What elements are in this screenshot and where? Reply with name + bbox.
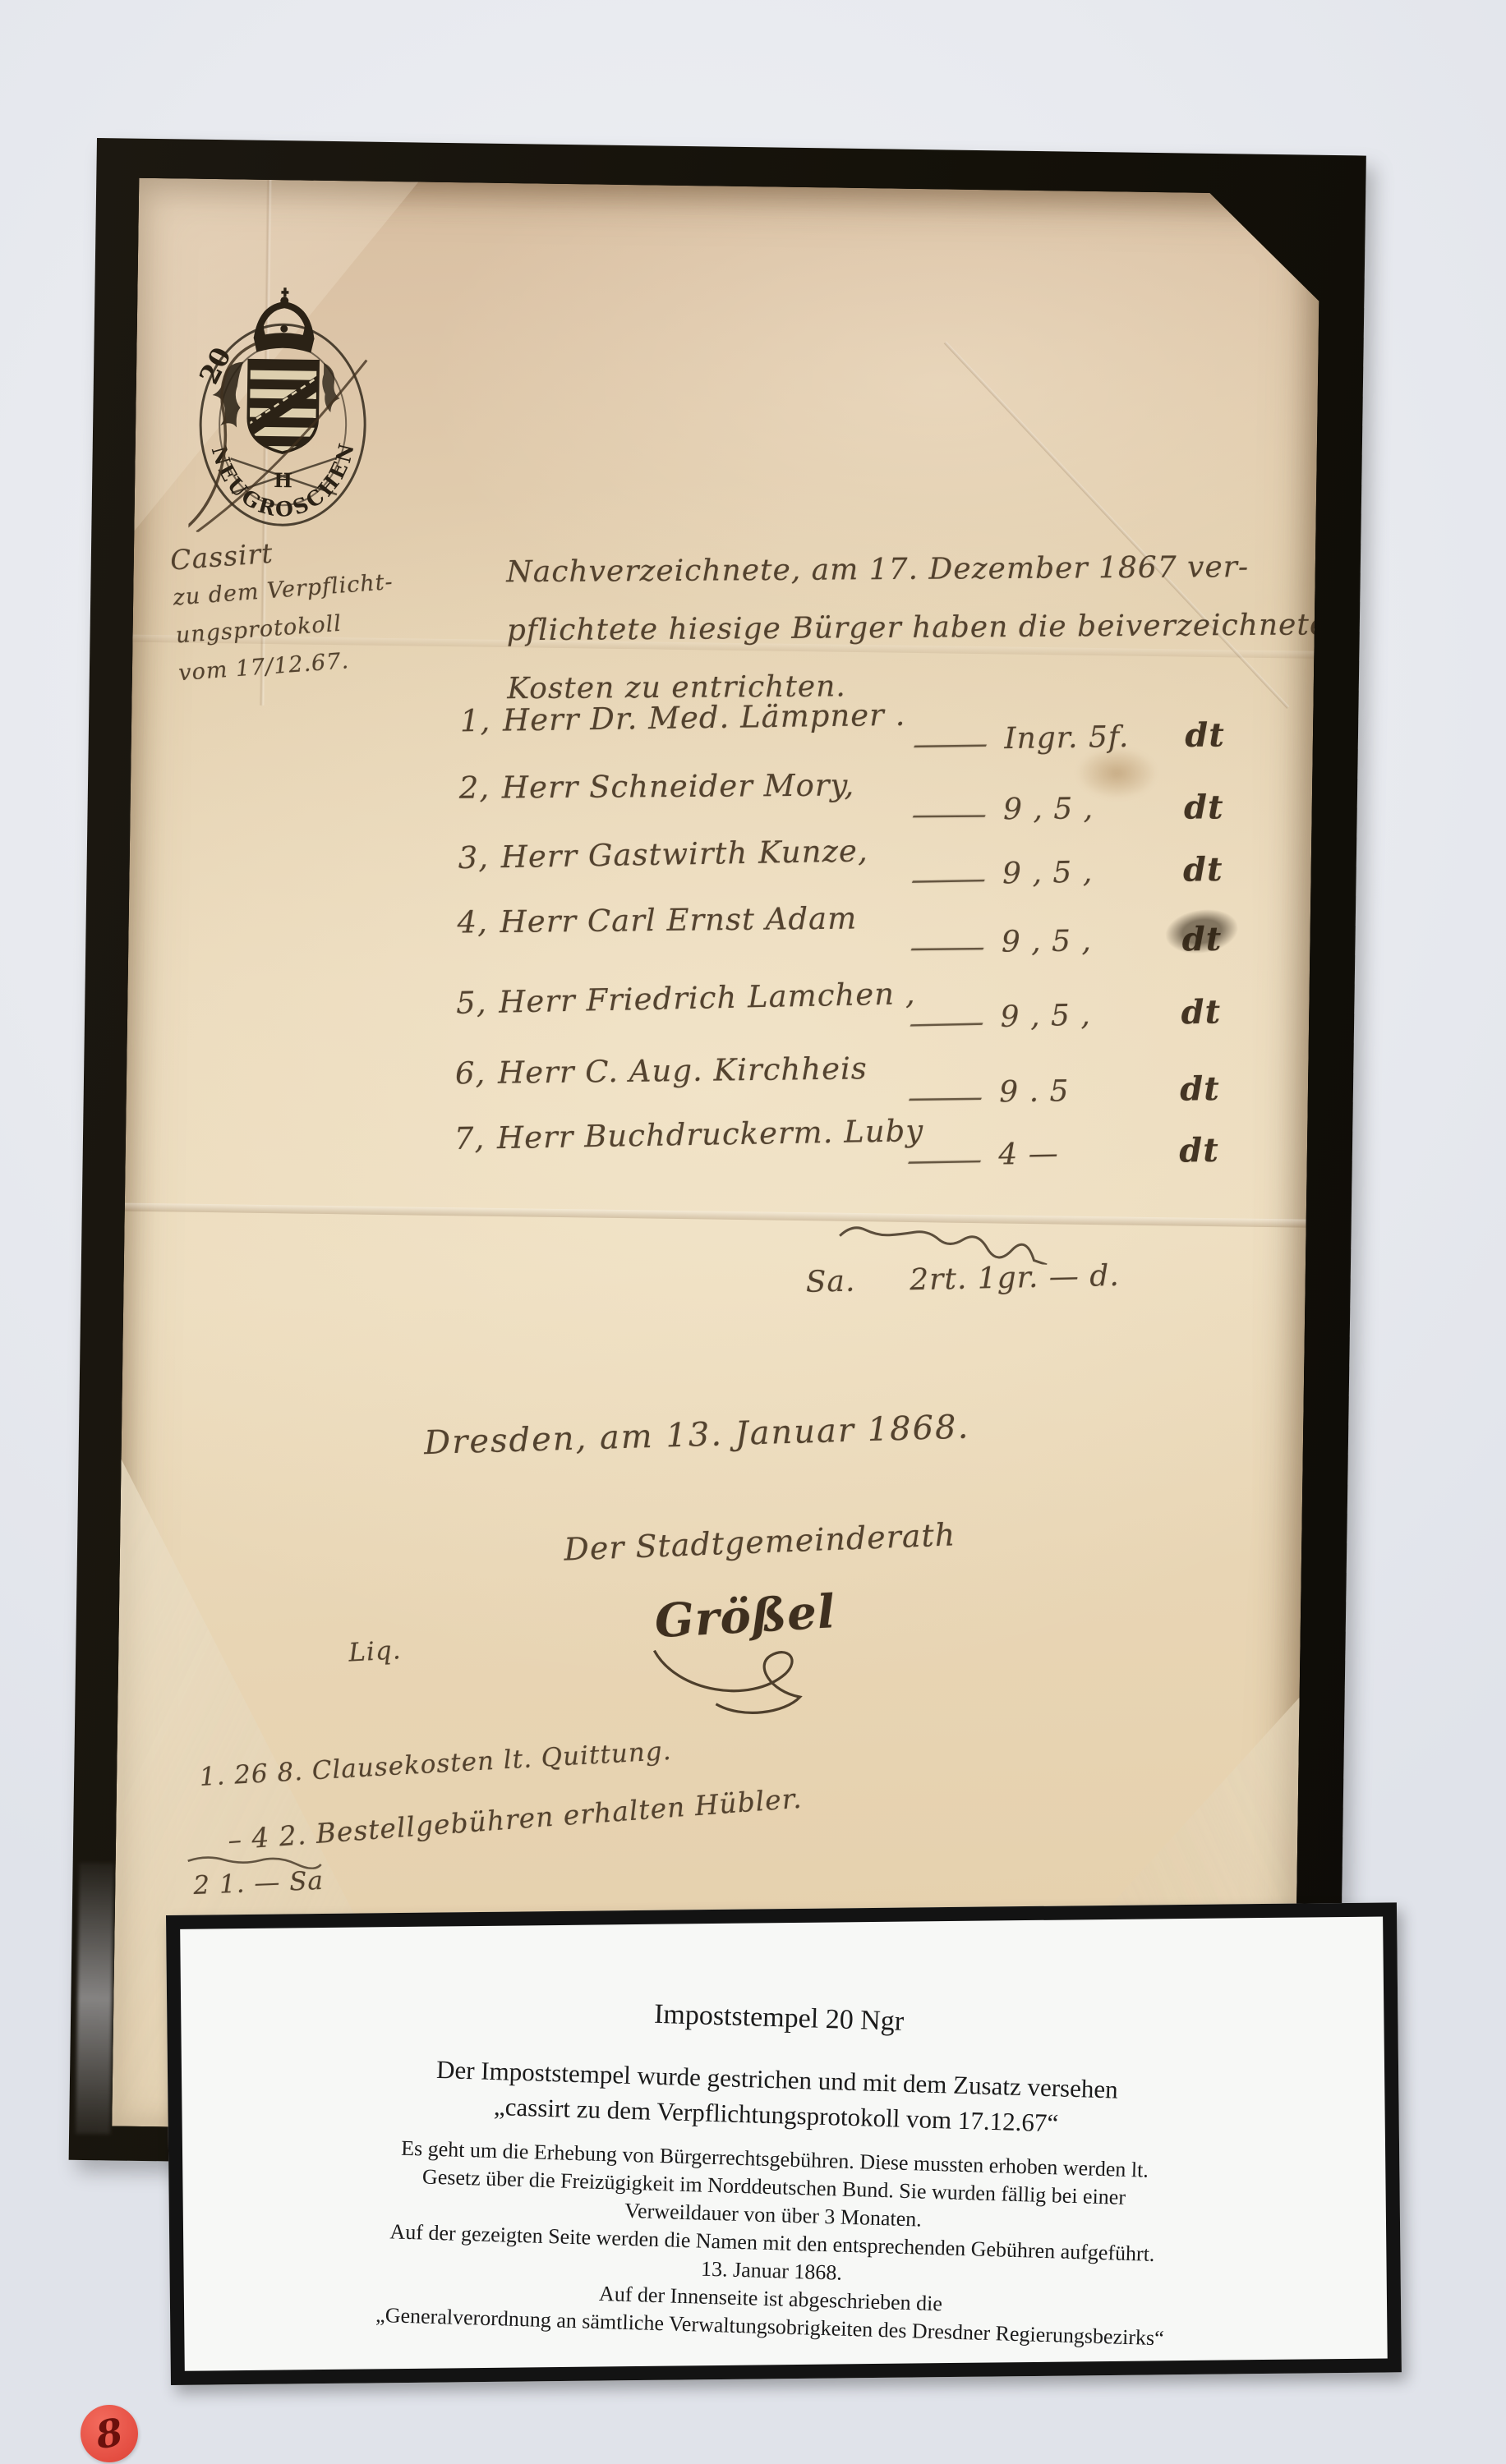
entry-mark: dt (1184, 788, 1224, 826)
sum-value: 2rt. 1gr. — d. (910, 1259, 1120, 1297)
entry-mark: dt (1185, 715, 1225, 755)
entry-number: 6, (455, 1055, 486, 1091)
entry-dash: — (910, 796, 991, 832)
entry-amount: 9 , 5 , (1002, 856, 1094, 891)
fee-row: 2, Herr Schneider Mory, — 9 , 5 , dt (459, 765, 1289, 828)
entry-amount: 9 , 5 , (1002, 924, 1092, 958)
entry-name: Herr Schneider Mory, (502, 767, 855, 805)
caption-card: Impoststempel 20 Ngr Der Impoststempel w… (166, 1902, 1402, 2385)
number-sticker: 8 (81, 2405, 138, 2462)
document-paper: NEUGROSCHEN 20 (112, 178, 1320, 2143)
liq-line-3: 2 1. — Sa (193, 1866, 325, 1901)
entry-name: Herr Friedrich Lamchen , (499, 976, 916, 1020)
caption-title: Impoststempel 20 Ngr (177, 1923, 1383, 2052)
fee-row: 3, Herr Gastwirth Kunze, — 9 , 5 , dt (458, 825, 1288, 898)
entry-number: 7, (454, 1120, 485, 1156)
entry-name: Herr Buchdruckerm. Luby (496, 1113, 923, 1156)
entry-number: 1, (460, 703, 491, 739)
entry-amount: 9 , 5 , (1000, 999, 1091, 1034)
fee-row: 6, Herr C. Aug. Kirchheis — 9 . 5 dt (455, 1046, 1286, 1113)
entry-dash: — (905, 1142, 987, 1179)
entry-dash: — (909, 861, 991, 898)
fee-row: 4, Herr Carl Ernst Adam — 9 , 5 , dt (457, 896, 1287, 963)
liq-label: Liq. (348, 1635, 402, 1668)
tape-glint (76, 1863, 114, 2135)
entry-mark: dt (1181, 992, 1221, 1032)
ink-smudge (1163, 905, 1241, 958)
entry-name: Herr Carl Ernst Adam (500, 900, 857, 940)
entry-number: 4, (457, 904, 488, 940)
signature-flourish (643, 1640, 841, 1725)
entry-mark: dt (1179, 1131, 1219, 1170)
entry-number: 2, (459, 770, 490, 806)
signature: Größel (653, 1584, 836, 1648)
entry-name: Herr Dr. Med. Lämpner . (503, 697, 906, 738)
entry-mark: dt (1180, 1069, 1220, 1109)
sum-line: Sa.2rt. 1gr. — d. (805, 1259, 1120, 1299)
entry-number: 3, (458, 839, 489, 876)
caption-body: Es geht um die Erhebung von Bürgerrechts… (168, 2127, 1376, 2358)
entry-dash: — (905, 1079, 987, 1115)
entry-name: Herr C. Aug. Kirchheis (498, 1050, 868, 1090)
fee-row: 7, Herr Buchdruckerm. Luby — 4 — dt (454, 1106, 1284, 1179)
photo-mount-board: NEUGROSCHEN 20 (69, 138, 1366, 2177)
fee-row: 1, Herr Dr. Med. Lämpner . — Ingr. 5f. d… (460, 692, 1291, 761)
sticker-number: 8 (93, 2410, 127, 2458)
entry-dash: — (906, 1004, 988, 1041)
entry-dash: — (908, 929, 989, 965)
wall-background: NEUGROSCHEN 20 (0, 0, 1506, 2464)
entry-name: Herr Gastwirth Kunze, (500, 833, 868, 875)
fee-row: 5, Herr Friedrich Lamchen , — 9 , 5 , dt (456, 968, 1287, 1043)
entry-amount: 9 , 5 , (1003, 792, 1094, 826)
entry-mark: dt (1183, 850, 1223, 890)
entry-number: 5, (456, 985, 487, 1021)
sum-label: Sa. (805, 1265, 855, 1299)
caption-card-content: Impoststempel 20 Ngr Der Impoststempel w… (167, 1923, 1382, 2400)
entry-amount: 9 . 5 (999, 1074, 1070, 1109)
entry-dash: — (910, 725, 992, 761)
entry-amount: Ingr. 5f. (1004, 720, 1130, 756)
flourish-icon (643, 1640, 841, 1722)
entry-amount: 4 — (998, 1137, 1059, 1171)
